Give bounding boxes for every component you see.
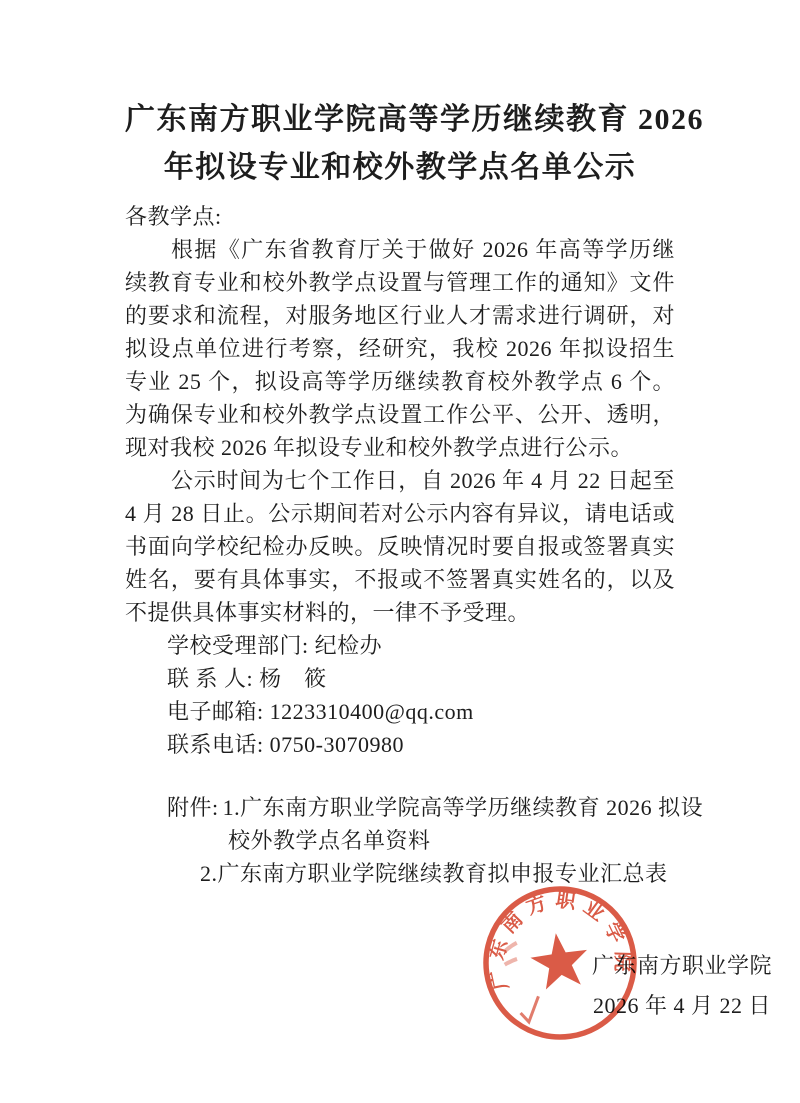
document-content: 广东南方职业学院高等学历继续教育 2026 年拟设专业和校外教学点名单公示 各教… (125, 0, 675, 1026)
paragraph-notice-basis: 根据《广东省教育厅关于做好 2026 年高等学历继续教育专业和校外教学点设置与管… (125, 233, 675, 464)
paragraph-publicity-period: 公示时间为七个工作日，自 2026 年 4 月 22 日起至 4 月 28 日止… (125, 464, 675, 629)
document-title: 广东南方职业学院高等学历继续教育 2026 年拟设专业和校外教学点名单公示 (125, 96, 675, 192)
contact-phone: 联系电话: 0750-3070980 (167, 728, 675, 761)
attachments-label: 附件: (167, 795, 219, 820)
signature-date: 2026 年 4 月 22 日 (577, 986, 787, 1026)
attachment-1-text-line-2: 校外教学点名单资料 (228, 824, 675, 857)
title-line-1: 广东南方职业学院高等学历继续教育 2026 (125, 96, 675, 144)
salutation: 各教学点: (125, 200, 675, 233)
title-line-2: 年拟设专业和校外教学点名单公示 (125, 144, 675, 192)
contact-person: 联 系 人: 杨 筱 (167, 662, 675, 695)
document-page: 广东南方职业学院高等学历继续教育 2026 年拟设专业和校外教学点名单公示 各教… (0, 0, 800, 1103)
attachment-item-2: 2.广东南方职业学院继续教育拟申报专业汇总表 (200, 857, 675, 890)
contact-block: 学校受理部门: 纪检办 联 系 人: 杨 筱 电子邮箱: 1223310400@… (125, 629, 675, 761)
signature-block: 广东南方职业学院 2026 年 4 月 22 日 (577, 946, 787, 1026)
contact-department: 学校受理部门: 纪检办 (167, 629, 675, 662)
contact-email: 电子邮箱: 1223310400@qq.com (167, 695, 675, 728)
attachments-block: 附件:1.广东南方职业学院高等学历继续教育 2026 拟设 校外教学点名单资料 … (125, 791, 675, 890)
attachment-1-text-line-1: 1.广东南方职业学院高等学历继续教育 2026 拟设 (223, 795, 704, 820)
signature-org: 广东南方职业学院 (577, 946, 787, 986)
attachment-item-1: 附件:1.广东南方职业学院高等学历继续教育 2026 拟设 (167, 791, 675, 824)
